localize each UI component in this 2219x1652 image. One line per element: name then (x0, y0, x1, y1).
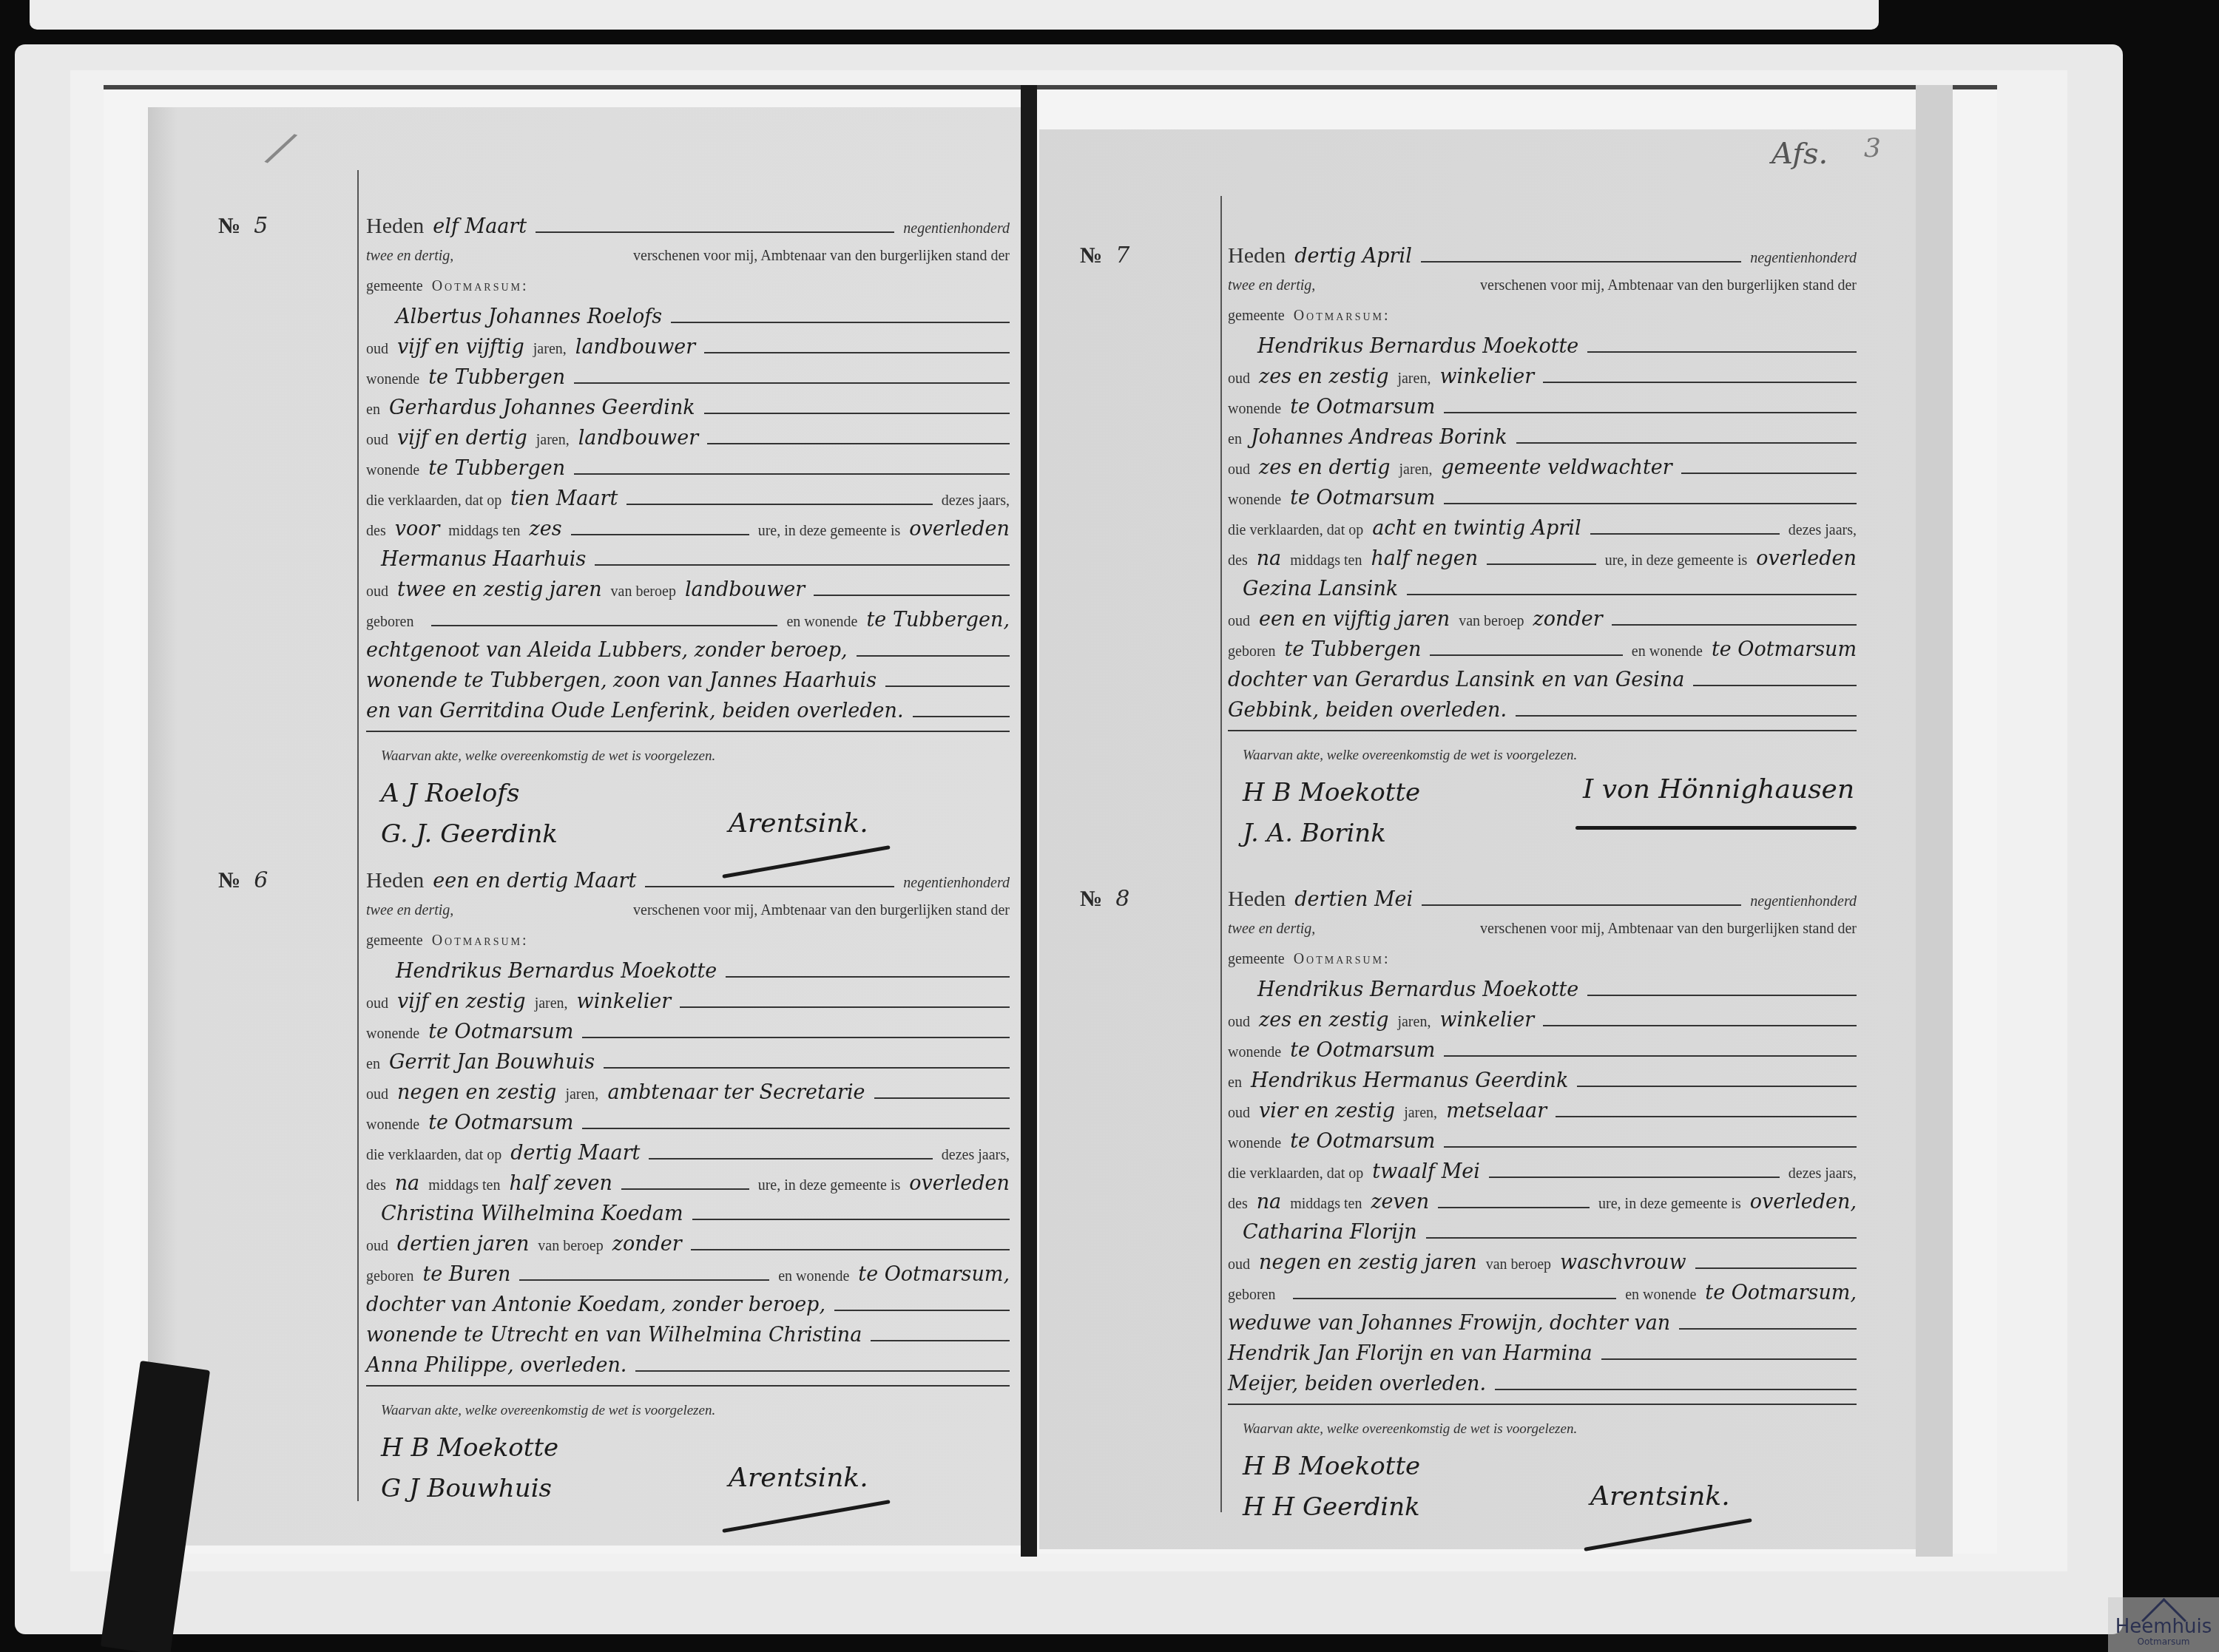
printed-text: ure, in deze gemeente is (1598, 1189, 1741, 1219)
handwritten-entry: negen en zestig (397, 1077, 556, 1108)
printed-text: des (1228, 1189, 1248, 1219)
signature-underline (1575, 826, 1857, 830)
witness2-name: Hendrikus Hermanus Geerdink (1251, 1066, 1568, 1096)
death-record: №8 Hedendertien Meinegentienhonderd twee… (1228, 884, 1857, 1555)
handwritten-entry: te Ootmarsum, (1705, 1278, 1857, 1308)
printed-text: verschenen voor mij, Ambtenaar van den b… (633, 896, 1010, 926)
heemhuis-watermark: Heemhuis Ootmarsum (2108, 1597, 2219, 1652)
record-number: №6 (218, 865, 268, 896)
printed-text: jaren, (533, 334, 567, 365)
printed-text: ure, in deze gemeente is (1605, 546, 1748, 576)
printed-text: van beroep (1459, 606, 1524, 637)
printed-text: en wonende (786, 607, 857, 637)
printed-text: oud (1228, 455, 1250, 485)
printed-text: twee en dertig, (366, 896, 453, 926)
printed-text: oud (366, 1080, 388, 1110)
printed-text: verschenen voor mij, Ambtenaar van den b… (633, 241, 1010, 271)
handwritten-remark: Gebbink, beiden overleden. (1228, 695, 1507, 725)
printed-text: en wonende (1632, 637, 1703, 667)
witness-signature: G. J. Geerdink (381, 819, 558, 850)
handwritten-remark: Hendrik Jan Florijn en van Harmina (1228, 1338, 1593, 1369)
background-sheet-top (30, 0, 1879, 30)
registrar-signature: I von Hönnighausen (1583, 774, 1854, 805)
handwritten-entry: te Tubbergen (428, 453, 565, 484)
printed-text: dezes jaars, (1789, 515, 1857, 546)
handwritten-entry: te Ootmarsum (1290, 392, 1435, 422)
record-date: dertig April (1294, 241, 1411, 271)
printed-text: des (366, 516, 386, 546)
handwritten-entry: ambtenaar ter Secretarie (607, 1077, 865, 1108)
handwritten-entry: te Tubbergen (1284, 634, 1421, 665)
printed-text: en (1228, 1068, 1242, 1098)
handwritten-entry: te Tubbergen, (867, 605, 1010, 635)
handwritten-entry: zes en zestig (1259, 1005, 1388, 1035)
handwritten-entry: vijf en zestig (397, 986, 526, 1017)
remark-line: Anna Philippe, overleden. (366, 1350, 1010, 1381)
printed-text: dezes jaars, (942, 486, 1010, 516)
printed-text: jaren, (1399, 455, 1433, 485)
handwritten-entry: twaalf Mei (1372, 1157, 1480, 1187)
handwritten-entry: landbouwer (578, 423, 698, 453)
printed-text: oud (366, 334, 388, 365)
remark-line: Meijer, beiden overleden. (1228, 1369, 1857, 1399)
handwritten-entry: twee en zestig jaren (397, 575, 602, 605)
handwritten-remark: wonende te Utrecht en van Wilhelmina Chr… (366, 1320, 862, 1350)
printed-text: ure, in deze gemeente is (758, 516, 901, 546)
handwritten-entry: na (395, 1168, 420, 1199)
handwritten-entry: overleden (909, 514, 1010, 544)
printed-text: negentienhonderd (1750, 887, 1857, 917)
printed-text: Heden (1228, 240, 1286, 271)
handwritten-remark: dochter van Antonie Koedam, zonder beroe… (366, 1290, 825, 1320)
printed-text: jaren, (1397, 364, 1431, 394)
printed-text: die verklaarden, dat op (366, 1140, 501, 1171)
handwritten-entry: winkelier (1439, 362, 1534, 392)
handwritten-entry: winkelier (1439, 1005, 1534, 1035)
printed-text: ure, in deze gemeente is (758, 1171, 901, 1201)
handwritten-entry: zes en dertig (1259, 453, 1391, 483)
printed-text: gemeente (366, 271, 423, 302)
printed-text: Ootmarsum: (1294, 301, 1391, 331)
handwritten-remark: Anna Philippe, overleden. (366, 1350, 626, 1381)
handwritten-entry: winkelier (577, 986, 672, 1017)
printed-text: middags ten (1290, 1189, 1362, 1219)
printed-text: twee en dertig, (1228, 914, 1315, 944)
printed-text: wonende (1228, 1037, 1281, 1068)
printed-text: middags ten (1290, 546, 1362, 576)
handwritten-remark: wonende te Tubbergen, zoon van Jannes Ha… (366, 666, 877, 696)
handwritten-entry: te Ootmarsum (1290, 483, 1435, 513)
witness-signature: J. A. Borink (1243, 819, 1386, 849)
printed-text: wonende (1228, 1128, 1281, 1159)
handwritten-entry: tien Maart (510, 484, 618, 514)
closing-formula: Waarvan akte, welke overeenkomstig de we… (1243, 740, 1857, 771)
printed-text: geboren (1228, 1280, 1275, 1310)
printed-text: van beroep (538, 1231, 603, 1262)
printed-text: en (366, 395, 380, 425)
remark-line: Gebbink, beiden overleden. (1228, 695, 1857, 725)
printed-text: jaren, (1397, 1007, 1431, 1037)
printed-text: jaren, (536, 425, 570, 456)
printed-text: middags ten (448, 516, 520, 546)
closing-formula: Waarvan akte, welke overeenkomstig de we… (381, 1395, 1010, 1426)
page-shadow (1916, 85, 1953, 1557)
handwritten-entry: te Ootmarsum (1712, 634, 1857, 665)
handwritten-entry: half negen (1371, 544, 1478, 574)
signature-underline (722, 1500, 890, 1533)
remark-line: wonende te Tubbergen, zoon van Jannes Ha… (366, 666, 1010, 696)
signature-underline (1584, 1518, 1752, 1551)
printed-text: geboren (366, 1262, 413, 1292)
printed-text: oud (1228, 1250, 1250, 1280)
handwritten-entry: dertien jaren (397, 1229, 529, 1259)
handwritten-entry: voor (395, 514, 440, 544)
printed-text: twee en dertig, (366, 241, 453, 271)
handwritten-entry: vier en zestig (1259, 1096, 1395, 1126)
printed-text: 7 (1115, 243, 1129, 268)
printed-text: Heden (366, 211, 424, 241)
handwritten-entry: acht en twintig April (1372, 513, 1581, 544)
deceased-name: Catharina Florijn (1243, 1217, 1417, 1248)
margin-rule (357, 170, 359, 1501)
printed-text: oud (1228, 606, 1250, 637)
book-spine (1021, 85, 1037, 1557)
printed-text: № (218, 868, 240, 893)
record-number: №7 (1080, 240, 1129, 271)
witness-signature: H B Moekotte (1243, 778, 1420, 808)
remark-line: dochter van Antonie Koedam, zonder beroe… (366, 1290, 1010, 1320)
witness-signature: H H Geerdink (1243, 1492, 1420, 1523)
corner-annotation: Afs. (1772, 137, 1828, 171)
handwritten-entry: zes en zestig (1259, 362, 1388, 392)
printed-text: van beroep (611, 577, 676, 607)
record-number: №5 (218, 211, 268, 241)
remark-line: weduwe van Johannes Frowijn, dochter van (1228, 1308, 1857, 1338)
printed-text: negentienhonderd (1750, 243, 1857, 274)
witness1-name: Hendrikus Bernardus Moekotte (1257, 975, 1578, 1005)
witness2-name: Gerhardus Johannes Geerdink (389, 393, 695, 423)
handwritten-entry: negen en zestig jaren (1259, 1248, 1477, 1278)
printed-text: geboren (366, 607, 413, 637)
printed-text: twee en dertig, (1228, 271, 1315, 301)
printed-text: 8 (1115, 886, 1129, 912)
handwritten-entry: metselaar (1446, 1096, 1547, 1126)
handwritten-entry: vijf en dertig (397, 423, 527, 453)
death-record: №5 Hedenelf Maartnegentienhonderd twee e… (366, 211, 1010, 882)
record-number: №8 (1080, 884, 1129, 914)
handwritten-remark: Meijer, beiden overleden. (1228, 1369, 1486, 1399)
printed-text: № (1080, 243, 1102, 268)
printed-text: oud (1228, 1007, 1250, 1037)
printed-text: oud (366, 425, 388, 456)
printed-text: jaren, (535, 989, 568, 1019)
deceased-name: Hermanus Haarhuis (381, 544, 586, 575)
handwritten-entry: na (1257, 1187, 1282, 1217)
printed-text: jaren, (1404, 1098, 1437, 1128)
handwritten-remark: echtgenoot van Aleida Lubbers, zonder be… (366, 635, 848, 666)
handwritten-entry: te Ootmarsum (428, 1017, 573, 1047)
handwritten-entry: een en vijftig jaren (1259, 604, 1450, 634)
printed-text: wonende (366, 365, 419, 395)
printed-text: en (1228, 424, 1242, 455)
printed-text: wonende (1228, 394, 1281, 424)
printed-text: oud (1228, 1098, 1250, 1128)
printed-text: Ootmarsum: (1294, 944, 1391, 975)
remark-line: wonende te Utrecht en van Wilhelmina Chr… (366, 1320, 1010, 1350)
record-date: een en dertig Maart (433, 866, 636, 896)
printed-text: Ootmarsum: (432, 926, 529, 956)
handwritten-entry: landbouwer (685, 575, 805, 605)
handwritten-remark: weduwe van Johannes Frowijn, dochter van (1228, 1308, 1670, 1338)
closing-formula: Waarvan akte, welke overeenkomstig de we… (381, 741, 1010, 771)
witness-signature: H B Moekotte (381, 1433, 558, 1463)
witness1-name: Albertus Johannes Roelofs (396, 302, 662, 332)
printed-text: en wonende (778, 1262, 849, 1292)
witness2-name: Johannes Andreas Borink (1251, 422, 1507, 453)
printed-text: gemeente (1228, 301, 1285, 331)
death-record: №6 Hedeneen en dertig Maartnegentienhond… (366, 865, 1010, 1537)
printed-text: wonende (366, 456, 419, 486)
printed-text: negentienhonderd (903, 868, 1010, 898)
printed-text: dezes jaars, (942, 1140, 1010, 1171)
handwritten-entry: waschvrouw (1560, 1248, 1686, 1278)
printed-text: Ootmarsum: (432, 271, 529, 302)
page-number: 3 (1864, 133, 1881, 163)
printed-text: die verklaarden, dat op (366, 486, 501, 516)
printed-text: gemeente (1228, 944, 1285, 975)
handwritten-entry: te Ootmarsum, (858, 1259, 1010, 1290)
handwritten-entry: te Buren (422, 1259, 510, 1290)
printed-text: Heden (1228, 884, 1286, 914)
remarks: dochter van Gerardus Lansink en van Gesi… (1228, 665, 1857, 725)
handwritten-entry: te Ootmarsum (1290, 1035, 1435, 1066)
printed-text: verschenen voor mij, Ambtenaar van den b… (1480, 914, 1857, 944)
deceased-name: Christina Wilhelmina Koedam (381, 1199, 683, 1229)
handwritten-remark: en van Gerritdina Oude Lenferink, beiden… (366, 696, 904, 726)
printed-text: negentienhonderd (903, 214, 1010, 244)
printed-text: des (366, 1171, 386, 1201)
handwritten-entry: zes (530, 514, 562, 544)
printed-text: oud (366, 577, 388, 607)
witness-signature: G J Bouwhuis (381, 1474, 552, 1504)
registrar-signature: Arentsink. (729, 1463, 868, 1493)
printed-text: Heden (366, 865, 424, 896)
printed-text: des (1228, 546, 1248, 576)
printed-text: die verklaarden, dat op (1228, 1159, 1363, 1189)
printed-text: wonende (366, 1019, 419, 1049)
witness1-name: Hendrikus Bernardus Moekotte (396, 956, 717, 986)
printed-text: oud (366, 989, 388, 1019)
record-date: elf Maart (433, 211, 527, 242)
handwritten-entry: gemeente veldwachter (1442, 453, 1672, 483)
printed-text: wonende (366, 1110, 419, 1140)
handwritten-entry: zonder (1533, 604, 1603, 634)
handwritten-entry: zonder (612, 1229, 682, 1259)
remarks: echtgenoot van Aleida Lubbers, zonder be… (366, 635, 1010, 726)
printed-text: jaren, (565, 1080, 598, 1110)
deceased-name: Gezina Lansink (1243, 574, 1398, 604)
margin-rule (1220, 196, 1222, 1512)
registrar-signature: Arentsink. (1590, 1481, 1730, 1511)
record-date: dertien Mei (1294, 884, 1413, 915)
registrar-signature: Arentsink. (729, 808, 868, 839)
signature-block: H B MoekotteG J BouwhuisArentsink. (366, 1426, 1010, 1537)
printed-text: van beroep (1486, 1250, 1551, 1280)
closing-formula: Waarvan akte, welke overeenkomstig de we… (1243, 1414, 1857, 1444)
witness1-name: Hendrikus Bernardus Moekotte (1257, 331, 1578, 362)
handwritten-entry: vijf en vijftig (397, 332, 524, 362)
handwritten-entry: te Tubbergen (428, 362, 565, 393)
handwritten-entry: te Ootmarsum (1290, 1126, 1435, 1157)
handwritten-entry: overleden (909, 1168, 1010, 1199)
signature-block: H B MoekotteH H GeerdinkArentsink. (1228, 1444, 1857, 1555)
signature-block: H B MoekotteJ. A. BorinkI von Hönnighaus… (1228, 771, 1857, 881)
handwritten-entry: overleden, (1750, 1187, 1857, 1217)
printed-text: wonende (1228, 485, 1281, 515)
death-record: №7 Hedendertig Aprilnegentienhonderd twe… (1228, 240, 1857, 881)
printed-text: en wonende (1625, 1280, 1696, 1310)
handwritten-entry: landbouwer (575, 332, 695, 362)
printed-text: № (218, 214, 240, 238)
remark-line: Hendrik Jan Florijn en van Harmina (1228, 1338, 1857, 1369)
printed-text: middags ten (428, 1171, 500, 1201)
printed-text: gemeente (366, 926, 423, 956)
handwritten-entry: half zeven (509, 1168, 612, 1199)
handwritten-entry: dertig Maart (510, 1138, 640, 1168)
printed-text: oud (366, 1231, 388, 1262)
printed-text: geboren (1228, 637, 1275, 667)
remark-line: en van Gerritdina Oude Lenferink, beiden… (366, 696, 1010, 726)
handwritten-remark: dochter van Gerardus Lansink en van Gesi… (1228, 665, 1684, 695)
printed-text: verschenen voor mij, Ambtenaar van den b… (1480, 271, 1857, 301)
witness-signature: A J Roelofs (381, 779, 519, 809)
remark-line: dochter van Gerardus Lansink en van Gesi… (1228, 665, 1857, 695)
printed-text: dezes jaars, (1789, 1159, 1857, 1189)
printed-text: en (366, 1049, 380, 1080)
witness2-name: Gerrit Jan Bouwhuis (389, 1047, 595, 1077)
remark-line: echtgenoot van Aleida Lubbers, zonder be… (366, 635, 1010, 666)
remarks: weduwe van Johannes Frowijn, dochter van… (1228, 1308, 1857, 1399)
printed-text: oud (1228, 364, 1250, 394)
handwritten-entry: overleden (1756, 544, 1857, 574)
handwritten-entry: zeven (1371, 1187, 1429, 1217)
witness-signature: H B Moekotte (1243, 1452, 1420, 1482)
printed-text: № (1080, 887, 1102, 911)
handwritten-entry: te Ootmarsum (428, 1108, 573, 1138)
printed-text: die verklaarden, dat op (1228, 515, 1363, 546)
printed-text: 6 (254, 867, 268, 893)
pencil-annotation: / (266, 121, 297, 175)
handwritten-entry: na (1257, 544, 1282, 574)
remarks: dochter van Antonie Koedam, zonder beroe… (366, 1290, 1010, 1381)
printed-text: 5 (254, 213, 268, 239)
